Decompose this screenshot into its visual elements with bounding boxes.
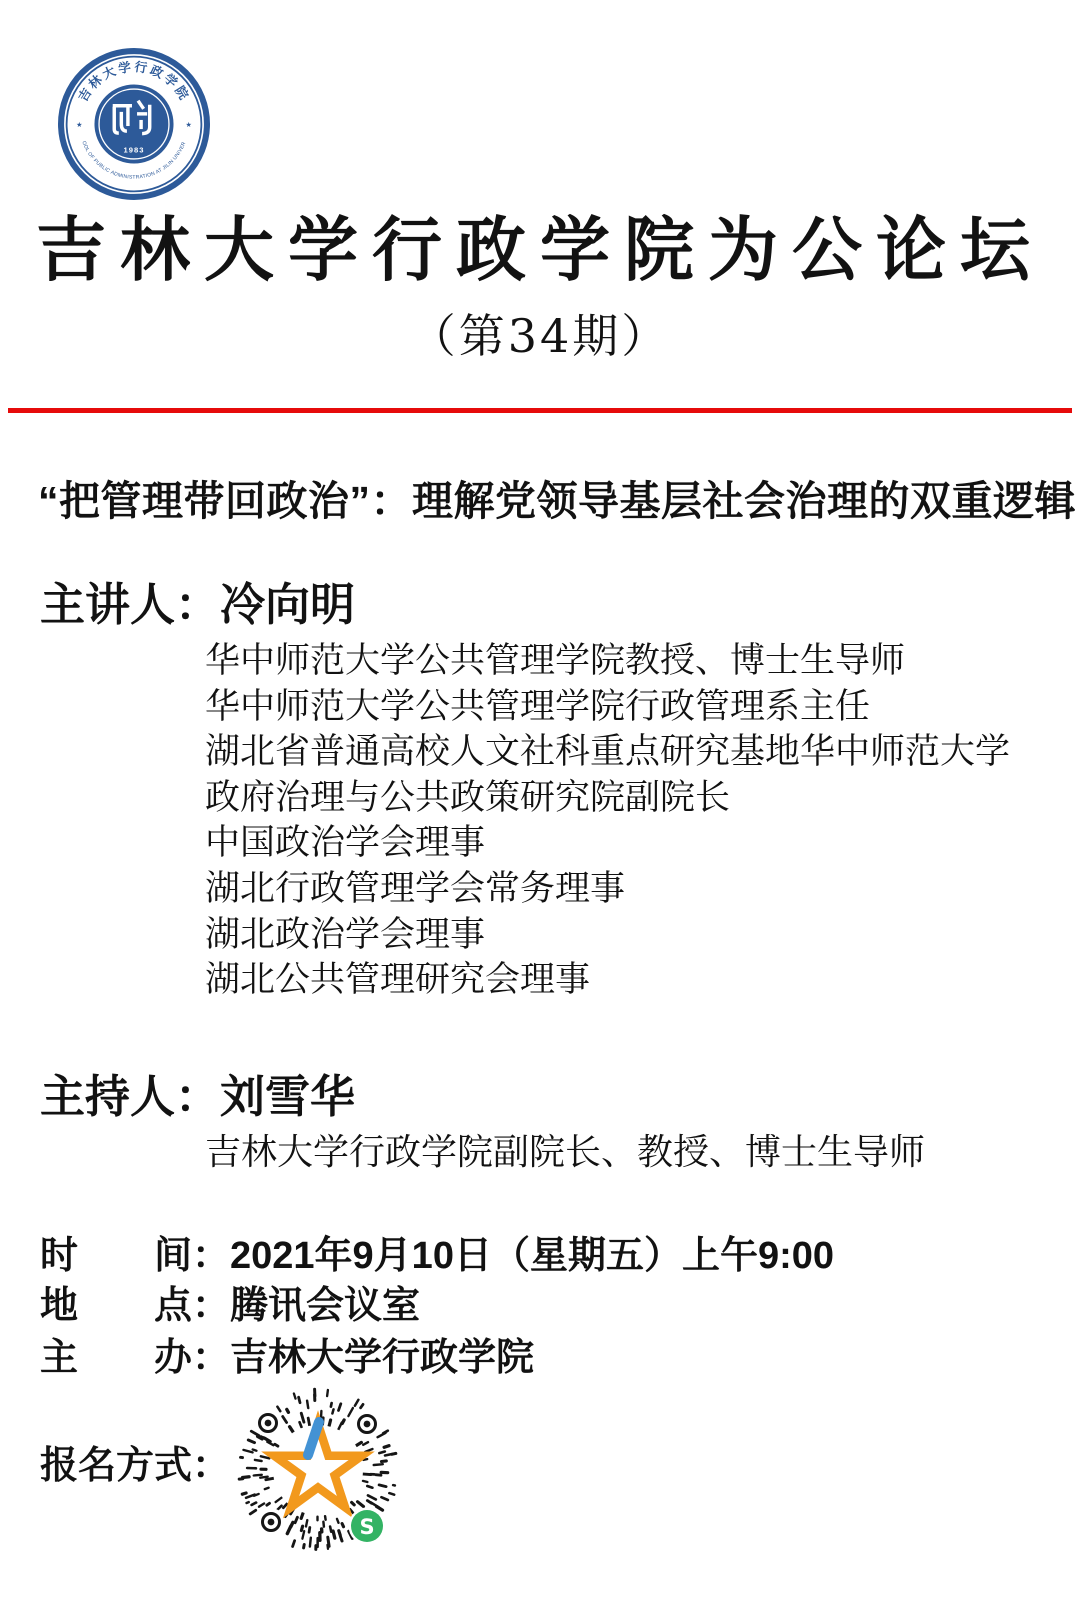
time-value: 2021年9月10日（星期五）上午9:00 <box>230 1235 834 1277</box>
place-value: 腾讯会议室 <box>230 1285 420 1327</box>
signup-label: 报名方式： <box>40 1434 230 1489</box>
time-label: 时 间： <box>40 1235 230 1277</box>
time-row: 时 间：2021年9月10日（星期五）上午9:00 <box>40 1224 834 1279</box>
forum-issue-number: （第34期） <box>0 300 1080 366</box>
organizer-row: 主 办：吉林大学行政学院 <box>40 1326 534 1381</box>
red-divider <box>8 408 1072 413</box>
speaker-credential: 政府治理与公共政策研究院副院长 <box>205 775 1010 821</box>
speaker-credential: 湖北省普通高校人文社科重点研究基地华中师范大学 <box>205 729 1010 775</box>
speaker-credential: 中国政治学会理事 <box>205 820 1010 866</box>
svg-text:S: S <box>359 1515 374 1539</box>
seal-star-right-icon: ★ <box>186 121 192 129</box>
organizer-value: 吉林大学行政学院 <box>230 1337 534 1379</box>
host-heading: 主持人：刘雪华 <box>40 1060 355 1125</box>
organizer-label: 主 办： <box>40 1337 230 1379</box>
miniprogram-badge-icon: S <box>349 1508 386 1545</box>
lecture-topic: “把管理带回政治”：理解党领导基层社会治理的双重逻辑 <box>38 468 1050 527</box>
place-label: 地 点： <box>40 1285 230 1327</box>
seal-year: 1983 <box>124 145 145 154</box>
seal-star-left-icon: ★ <box>76 121 82 129</box>
speaker-credential: 湖北公共管理研究会理事 <box>205 957 1010 1003</box>
speaker-credential: 华中师范大学公共管理学院行政管理系主任 <box>205 684 1010 730</box>
host-credential: 吉林大学行政学院副院长、教授、博士生导师 <box>205 1124 925 1175</box>
signup-qr-code: S <box>233 1385 403 1555</box>
forum-title: 吉林大学行政学院为公论坛 <box>0 194 1080 295</box>
place-row: 地 点：腾讯会议室 <box>40 1274 420 1329</box>
speaker-heading: 主讲人：冷向明 <box>40 568 355 633</box>
speaker-credential: 湖北行政管理学会常务理事 <box>205 866 1010 912</box>
speaker-credentials-list: 华中师范大学公共管理学院教授、博士生导师 华中师范大学公共管理学院行政管理系主任… <box>205 638 1010 1003</box>
speaker-credential: 华中师范大学公共管理学院教授、博士生导师 <box>205 638 1010 684</box>
school-seal-logo: 吉林大学行政学院 SCHOOL OF PUBLIC ADMINISTRATION… <box>58 48 210 200</box>
speaker-credential: 湖北政治学会理事 <box>205 912 1010 958</box>
